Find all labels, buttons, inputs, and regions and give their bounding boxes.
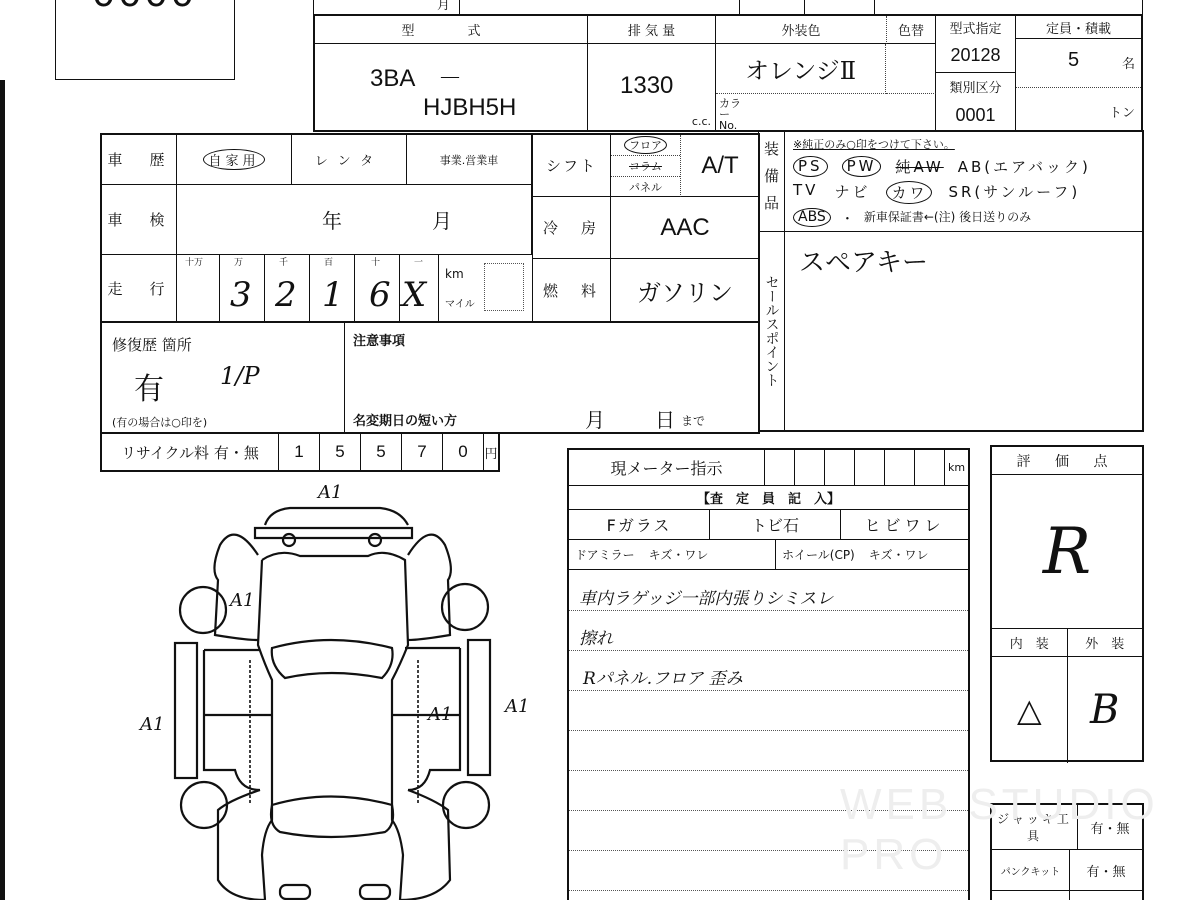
capacity-value: 5 <box>1068 49 1079 72</box>
mileage-digit-10k: 万 3 <box>220 255 265 321</box>
mileage-digit-10: 十 6 <box>355 255 400 321</box>
equip-leather[interactable]: カワ <box>886 181 932 204</box>
grade-box: 評 価 点 R 内 装 外 装 △ B <box>990 445 1144 762</box>
meter-digit <box>765 450 795 485</box>
grade-sub-headers: 内 装 外 装 <box>992 629 1142 657</box>
name-change-month: 月 <box>585 404 605 433</box>
sales-point-label: セールスポイント <box>759 232 785 430</box>
unit-km[interactable]: km <box>445 267 464 281</box>
fuel-value: ガソリン <box>611 259 759 321</box>
wheel-options[interactable]: キズ・ワレ <box>869 546 929 563</box>
equip-navi[interactable]: ナビ <box>834 181 870 204</box>
name-change-day: 日 <box>655 404 675 433</box>
car-damage-diagram: A1 A1 A1 A1 A1 <box>100 470 560 900</box>
model-code-header: 型 式 <box>315 16 588 44</box>
exterior-grade: B <box>1068 657 1143 763</box>
note-line-2: 擦れ <box>579 624 613 649</box>
color-change-cell <box>886 44 936 94</box>
repair-value: 有 <box>134 364 164 408</box>
grade-sub-values: △ B <box>992 657 1142 763</box>
meter-digit <box>915 450 945 485</box>
mileage-digit-1k: 千 2 <box>265 255 310 321</box>
exterior-color-cell: オレンジⅡ <box>716 44 886 94</box>
equipment-note: ※純正のみ○印をつけて下さい。 <box>793 136 1134 152</box>
meter-digit <box>885 450 915 485</box>
equipment-row-2: TV ナビ カワ SR(サンルーフ) <box>793 181 1134 204</box>
history-block: 車 歴 自家用 レンタ 事業.営業車 車 検 年 月 走 行 十万 万 3 千 … <box>100 133 760 323</box>
recycle-unit: 円 <box>484 434 498 470</box>
displacement-unit: c.c. <box>692 115 711 128</box>
aircon-value: AAC <box>611 197 759 259</box>
divider <box>804 0 805 14</box>
repair-label: 修復歴 箇所 <box>112 334 192 355</box>
note-line-1: 車内ラゲッジ一部内張りシミスレ <box>579 584 833 609</box>
recycle-digit: 7 <box>402 434 443 470</box>
wheel-cell: ホイール(CP) キズ・ワレ <box>776 540 968 569</box>
vehicle-spec-table: 型 式 3BA － HJBH5H 排 気 量 1330 c.c. 外装色 色替 … <box>313 14 1143 132</box>
shift-position-floor[interactable]: フロア <box>611 135 680 156</box>
mileage-digits: 十万 万 3 千 2 百 1 十 6 一 X km マイル <box>177 255 532 321</box>
category-value: 0001 <box>936 99 1015 131</box>
glass-option-chip[interactable]: トビ石 <box>710 510 841 539</box>
equip-tv[interactable]: TV <box>793 181 818 204</box>
inspection-year-label: 年 <box>322 205 342 234</box>
equip-pw[interactable]: PW <box>842 156 882 177</box>
equip-ps[interactable]: PS <box>793 156 828 177</box>
color-no-cell: カラー No. <box>716 94 936 132</box>
name-change-label: 名変期日の短い方 <box>353 410 457 429</box>
recycle-digit: 5 <box>320 434 361 470</box>
sales-point-text: スペアキー <box>785 232 1142 430</box>
history-option-rental[interactable]: レンタ <box>292 135 407 185</box>
exterior-color-header: 外装色 <box>716 16 886 44</box>
damage-mark-front: A1 <box>316 482 342 503</box>
capacity-cell: 定員・積載 5 名 トン <box>1016 16 1141 132</box>
recycle-digit: 1 <box>279 434 320 470</box>
grade-overall: R <box>992 475 1142 629</box>
recycle-label: リサイクル料 有・無 <box>102 434 279 470</box>
lot-number-box: 0000 <box>55 0 235 80</box>
mileage-digit-100k: 十万 <box>177 255 220 321</box>
meter-digit <box>795 450 825 485</box>
unit-checkbox[interactable] <box>484 263 524 311</box>
aircon-label: 冷 房 <box>533 197 611 259</box>
first-reg-month-label: 月 <box>437 0 450 13</box>
mirror-wheel-row: ドアミラー キズ・ワレ ホイール(CP) キズ・ワレ <box>569 540 968 570</box>
note-line-3: Rパネル.フロア 歪み <box>583 664 743 689</box>
mileage-unit-cell: km マイル <box>439 255 532 321</box>
type-designation-value: 20128 <box>936 38 1015 73</box>
watermark: WEB STUDIO PRO <box>840 780 1200 880</box>
recycle-digit: 5 <box>361 434 402 470</box>
damage-mark-left-sill: A1 <box>138 714 164 735</box>
equipment-label: 装備品 <box>759 132 785 232</box>
displacement-header: 排 気 量 <box>588 16 716 44</box>
divider <box>459 0 460 14</box>
displacement-value: 1330 <box>620 72 673 100</box>
powertrain-block: シフト フロア コラム パネル A/T 冷 房 AAC 燃 料 ガソリン <box>532 135 758 321</box>
load-unit: トン <box>1109 102 1135 121</box>
history-option-private[interactable]: 自家用 <box>177 135 292 185</box>
interior-label: 内 装 <box>992 629 1068 656</box>
shift-label: シフト <box>533 135 611 197</box>
meter-digit <box>855 450 885 485</box>
equipment-list: ※純正のみ○印をつけて下さい。 PS PW 純AW AB(エアバック) TV ナ… <box>785 132 1142 232</box>
wheel-label: ホイール(CP) <box>782 546 855 563</box>
mileage-digit-100: 百 1 <box>310 255 355 321</box>
category-label: 類別区分 <box>936 73 1015 99</box>
recycle-fee-row: リサイクル料 有・無 1 5 5 7 0 円 <box>100 434 500 472</box>
fuel-label: 燃 料 <box>533 259 611 321</box>
mileage-label: 走 行 <box>102 255 177 321</box>
inspection-month-label: 月 <box>432 205 452 234</box>
model-code-cell: 3BA － HJBH5H <box>315 44 588 132</box>
shift-position-column[interactable]: コラム <box>611 156 680 177</box>
color-change-header: 色替 <box>886 16 936 44</box>
history-option-commercial[interactable]: 事業.営業車 <box>407 135 532 185</box>
damage-mark-right-door: A1 <box>426 704 452 725</box>
glass-row: Fガラス トビ石 ヒビワレ <box>569 510 968 540</box>
repair-note: (有の場合は○印を) <box>112 414 207 430</box>
mirror-label: ドアミラー <box>575 546 635 563</box>
equip-sunroof[interactable]: SR(サンルーフ) <box>948 181 1080 204</box>
capacity-unit: 名 <box>1122 53 1135 72</box>
interior-grade: △ <box>992 657 1068 763</box>
capacity-label: 定員・積載 <box>1016 16 1141 39</box>
displacement-cell: 1330 c.c. <box>588 44 716 132</box>
equip-airbag[interactable]: AB(エアバック) <box>958 156 1091 177</box>
damage-mark-left-fender: A1 <box>228 590 254 611</box>
shift-position-panel[interactable]: パネル <box>611 177 680 197</box>
equipment-block: 装備品 ※純正のみ○印をつけて下さい。 PS PW 純AW AB(エアバック) … <box>758 130 1144 432</box>
meter-unit: km <box>945 450 968 485</box>
lot-number: 0000 <box>93 0 198 16</box>
grade-label: 評 価 点 <box>992 447 1142 475</box>
empty-row <box>992 891 1142 900</box>
divider <box>874 0 875 14</box>
model-code-line1: 3BA － <box>370 58 462 93</box>
caution-cell: 注意事項 名変期日の短い方 月 日 まで <box>345 322 758 432</box>
mirror-options[interactable]: キズ・ワレ <box>649 546 709 563</box>
model-code-line2: HJBH5H <box>423 94 516 122</box>
repair-caution-block: 修復歴 箇所 有 1/P (有の場合は○印を) 注意事項 名変期日の短い方 月 … <box>100 322 760 434</box>
caution-label: 注意事項 <box>353 330 405 349</box>
scan-edge-bar <box>0 80 5 900</box>
meter-row: 現メーター指示 km <box>569 450 968 486</box>
equip-warranty[interactable]: 新車保証書←(注) 後日送りのみ <box>864 208 1031 227</box>
inspection-label: 車 検 <box>102 185 177 255</box>
meter-digit <box>825 450 855 485</box>
equip-sep: ・ <box>841 208 854 227</box>
mileage-digit-1: 一 X <box>400 255 439 321</box>
history-label: 車 歴 <box>102 135 177 185</box>
inspection-cell: 年 月 <box>177 185 532 255</box>
divider <box>739 0 740 14</box>
shift-position-cell: フロア コラム パネル <box>611 135 681 197</box>
equip-abs[interactable]: ABS <box>793 208 831 227</box>
repair-location: 1/P <box>220 362 260 390</box>
recycle-digit: 0 <box>443 434 484 470</box>
exterior-label: 外 装 <box>1068 629 1143 656</box>
exterior-color-value: オレンジⅡ <box>745 51 856 86</box>
equipment-row-3: ABS ・ 新車保証書←(注) 後日送りのみ <box>793 208 1134 227</box>
type-designation-cell: 型式指定 20128 類別区分 0001 <box>936 16 1016 132</box>
inspector-header: 【査 定 員 記 入】 <box>569 486 968 510</box>
equip-alloy-wheel[interactable]: 純AW <box>895 156 943 177</box>
unit-mile[interactable]: マイル <box>445 295 475 310</box>
damage-mark-right-sill: A1 <box>503 696 529 717</box>
type-designation-label: 型式指定 <box>936 16 1015 38</box>
meter-label: 現メーター指示 <box>569 450 765 485</box>
mirror-cell: ドアミラー キズ・ワレ <box>569 540 776 569</box>
glass-label: Fガラス <box>569 510 710 539</box>
equipment-row-1: PS PW 純AW AB(エアバック) <box>793 156 1134 177</box>
repair-cell: 修復歴 箇所 有 1/P (有の場合は○印を) <box>102 322 345 432</box>
glass-option-crack[interactable]: ヒビワレ <box>841 510 968 539</box>
shift-value: A/T <box>681 135 759 197</box>
name-change-until: まで <box>681 412 705 429</box>
color-no-label: カラー No. <box>719 98 749 131</box>
